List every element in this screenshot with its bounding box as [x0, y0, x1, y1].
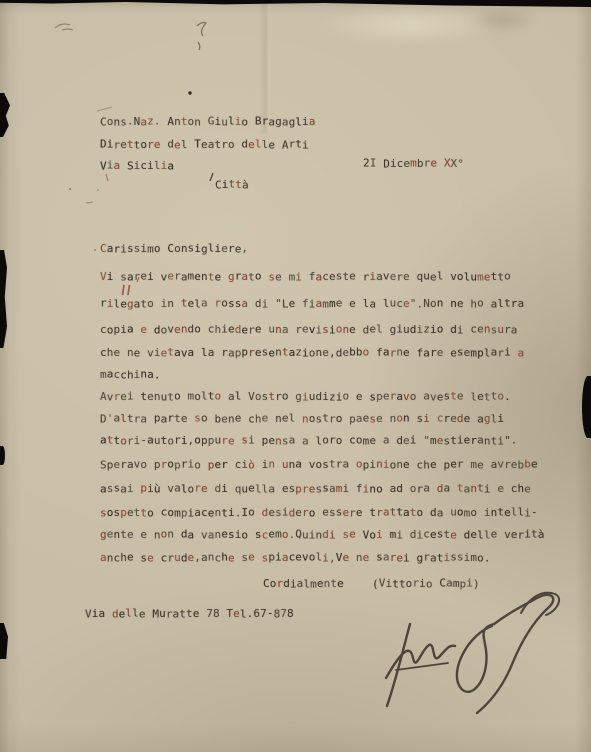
body-line: macchina.	[100, 368, 161, 381]
recipient-city: Città	[215, 178, 249, 191]
scan-edge-left-3	[0, 446, 5, 465]
ink-speck	[188, 91, 191, 94]
body-line: assai più valore di quella espressami fi…	[100, 482, 531, 495]
body-line: sospetto compiacenti.Io desidero essere …	[100, 506, 538, 519]
body-line: Speravo proprio per ciò in una vostra op…	[100, 458, 538, 471]
pencil-squiggle-top-left	[55, 24, 73, 30]
body-line: attori-autori,oppure si pensa a loro com…	[100, 434, 518, 447]
scan-edge-right	[582, 376, 591, 438]
body-line: rilegato in tela rossa di "Le fiamme e l…	[100, 297, 524, 310]
footer-address: Via delle Muratte 78 Tel.67-878	[85, 607, 294, 620]
paper-sheet: Cons.Naz. Anton Giulio Bragaglia Diretto…	[0, 0, 591, 752]
body-line: Avrei tenuto molto al Vostro giudizio e …	[100, 390, 511, 403]
pencil-mark-top-center	[97, 22, 206, 111]
stray-apostrophe	[210, 173, 213, 181]
body-line: Vi sarei veramente grato se mi faceste r…	[100, 270, 511, 283]
recipient-title: Direttore del Teatro delle Arti	[100, 138, 309, 151]
recipient-name: Cons.Naz. Anton Giulio Bragaglia	[100, 115, 316, 128]
body-line: anche se crude,anche se spiacevoli,Ve ne…	[100, 551, 491, 564]
small-specks	[69, 188, 99, 251]
closing: Cordialmente	[263, 577, 344, 590]
recipient-street: Via Sicilia	[100, 159, 174, 172]
salutation: Carissimo Consigliere,	[100, 242, 248, 255]
body-line: che ne vietava la rappresentazione,debbo…	[100, 346, 524, 359]
letter-photo: Cons.Naz. Anton Giulio Bragaglia Diretto…	[0, 0, 591, 752]
paper-stain-light	[315, 4, 505, 46]
body-line: D'altra parte so bene che nel nostro pae…	[100, 412, 504, 425]
annotation-marks-layer	[0, 0, 591, 752]
body-line: gente e non da vanesio scemo.Quindi se V…	[100, 528, 544, 541]
body-line: copia e dovendo chiedere una revisione d…	[100, 323, 518, 336]
signature-scrawl	[374, 584, 574, 719]
signer-name: (Vittorio Campi)	[372, 577, 480, 590]
paper-stain-dark	[468, 6, 538, 34]
paper-crease	[260, 3, 272, 133]
letter-date: 2I Dicembre XX°	[363, 157, 464, 170]
